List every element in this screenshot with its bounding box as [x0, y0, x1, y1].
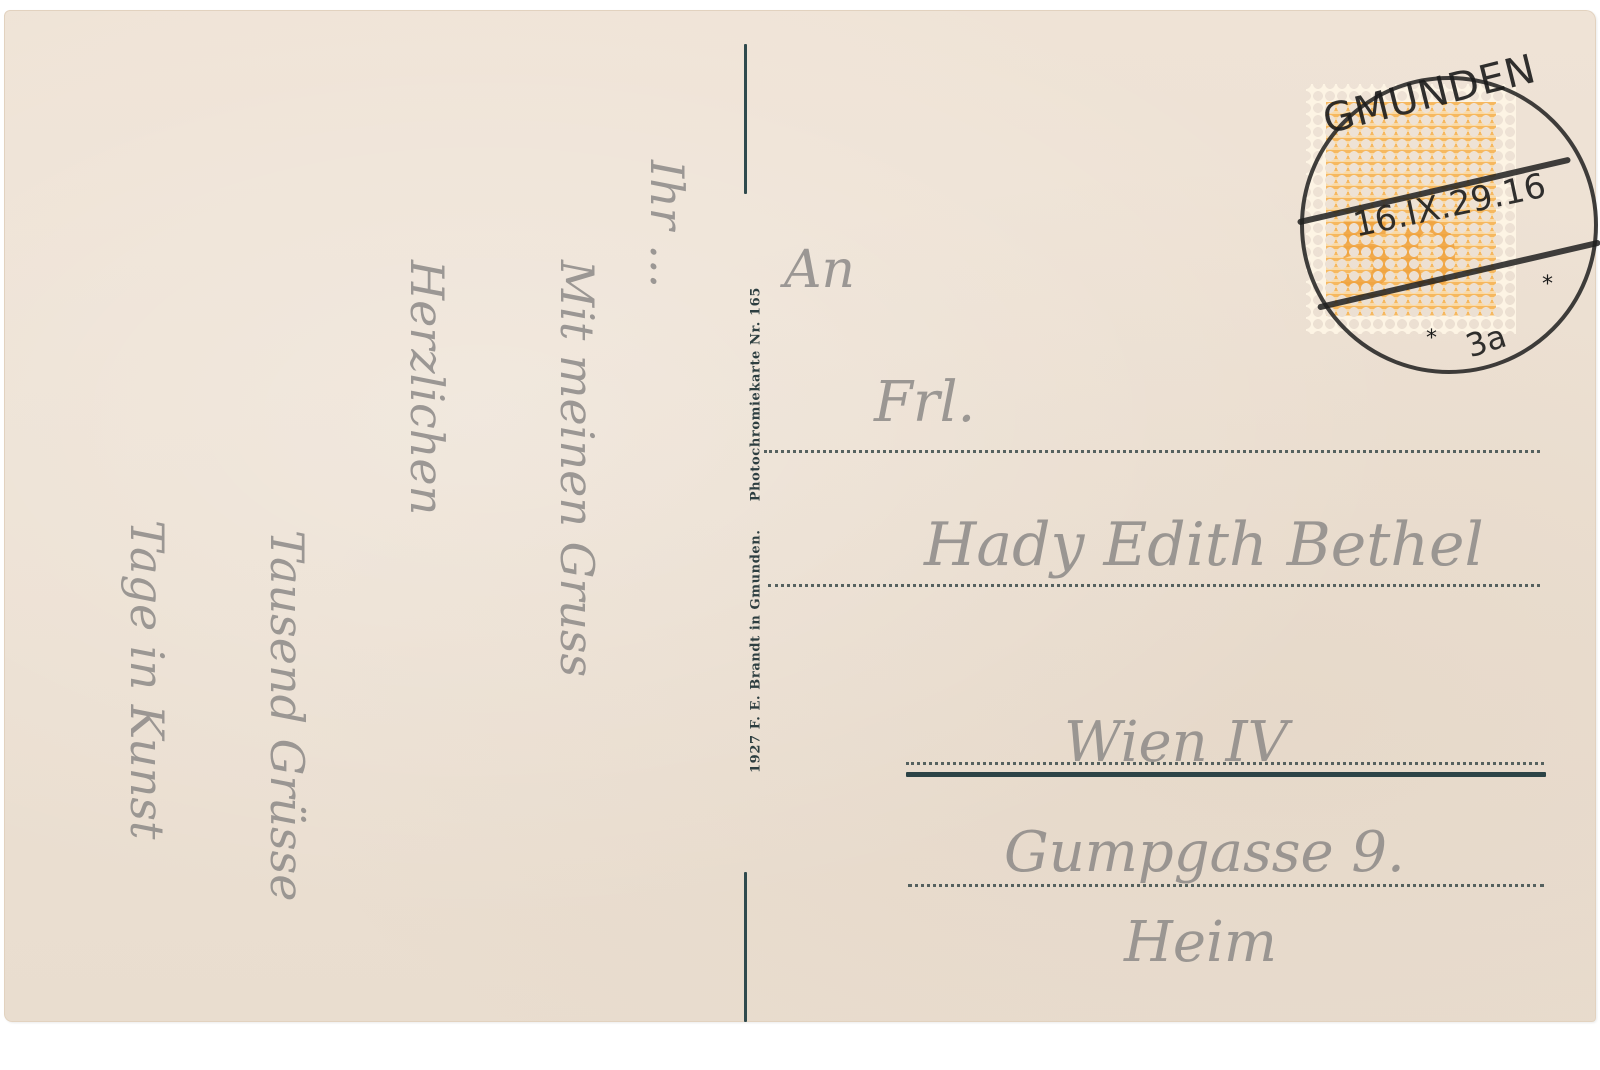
postmark-star-icon: *	[1542, 272, 1553, 297]
address-name: Hady Edith Bethel	[924, 510, 1484, 580]
address-line-1	[764, 450, 1540, 453]
address-extra: Heim	[1124, 910, 1277, 975]
message-line: Ihr ...	[640, 160, 694, 288]
postmark-star-icon: *	[1426, 326, 1437, 351]
imprint-year: 1927	[749, 734, 764, 773]
address-street: Gumpgasse 9.	[1004, 820, 1405, 885]
address-title: Frl.	[874, 370, 975, 435]
imprint-publisher: F. E. Brandt in Gmunden.	[749, 530, 764, 730]
center-divider-bottom	[744, 872, 747, 1022]
message-line: Mit meinen Gruss	[550, 260, 604, 677]
postcard: 1927 F. E. Brandt in Gmunden. Photochrom…	[4, 10, 1596, 1022]
message-line: Tage in Kunst	[120, 520, 174, 839]
address-salutation: An	[784, 240, 855, 300]
message-line: Herzlichen	[400, 260, 454, 515]
address-city: Wien IV	[1064, 710, 1288, 775]
publisher-imprint: 1927 F. E. Brandt in Gmunden. Photochrom…	[749, 287, 764, 773]
imprint-series: Photochromiekarte Nr. 165	[749, 287, 764, 501]
message-line: Tausend Grüsse	[260, 530, 314, 901]
address-line-2	[768, 584, 1540, 587]
center-divider-top	[744, 44, 747, 194]
